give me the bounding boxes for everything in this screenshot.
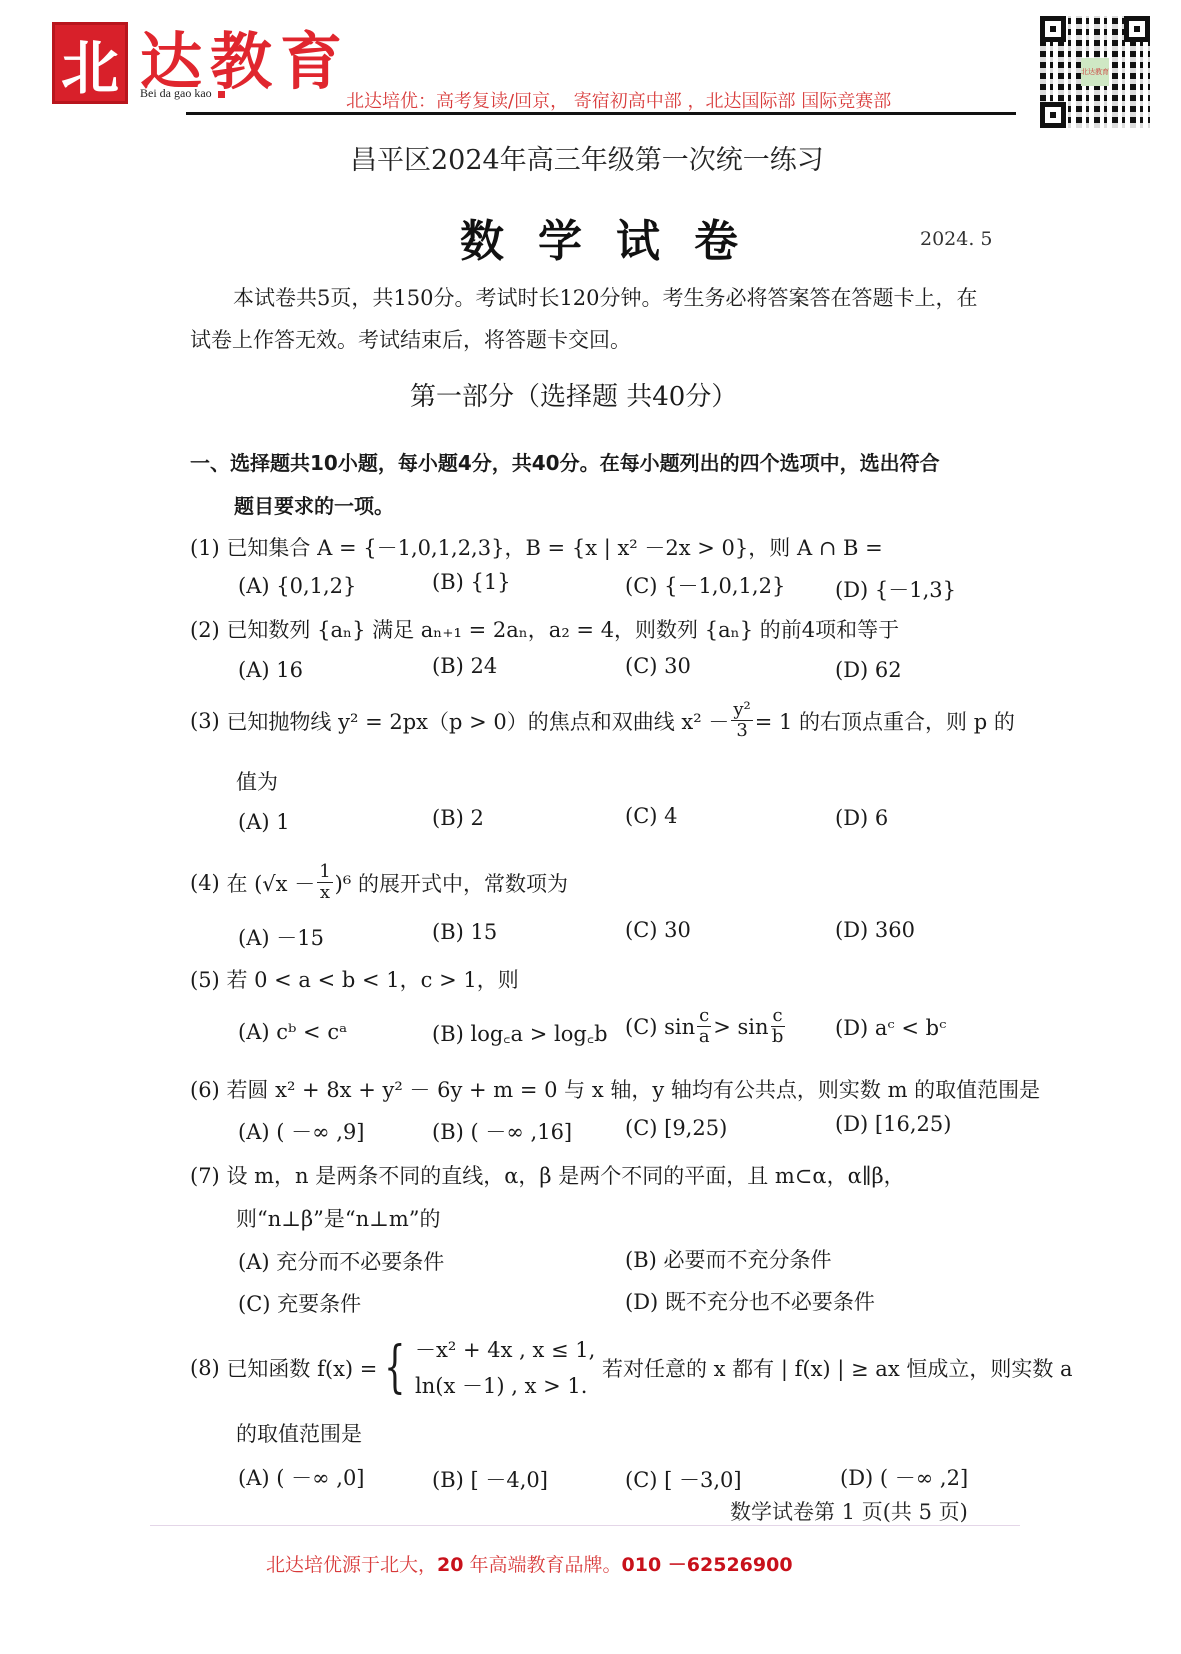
qr-finder-icon [1124, 16, 1150, 42]
question-number: (3) [190, 709, 220, 733]
question-2-option-b: (B) 24 [432, 654, 497, 678]
question-5-stem: (5) 若 0 < a < b < 1，c > 1，则 [190, 964, 519, 994]
footer-years: 20 [437, 1554, 463, 1576]
question-7-option-a: (A) 充分而不必要条件 [238, 1246, 444, 1276]
question-1-option-c: (C) {－1,0,1,2} [625, 570, 785, 600]
question-1-stem: (1) 已知集合 A = {－1,0,1,2,3}，B = {x | x² －2… [190, 532, 883, 562]
fraction: ca [697, 1006, 711, 1047]
footer-phone: 010 －62526900 [622, 1554, 793, 1576]
fraction-denominator: 3 [736, 721, 747, 741]
fraction-denominator: b [772, 1027, 784, 1047]
section-directions-line-2: 题目要求的一项。 [234, 490, 394, 519]
question-6-option-d: (D) [16,25) [835, 1112, 951, 1136]
question-2-stem: (2) 已知数列 {aₙ} 满足 aₙ₊₁ = 2aₙ，a₂ = 4，则数列 {… [190, 614, 899, 644]
question-3-option-a: (A) 1 [238, 810, 290, 834]
exam-subtitle: 昌平区2024年高三年级第一次统一练习 [350, 138, 824, 177]
fraction-numerator: 1 [317, 862, 332, 883]
question-3-stem-line-2: 值为 [236, 766, 278, 796]
question-5-option-b: (B) log꜀a > log꜀b [432, 1020, 608, 1048]
fraction: y²3 [731, 700, 752, 741]
question-7-option-b: (B) 必要而不充分条件 [625, 1244, 832, 1274]
question-3-option-b: (B) 2 [432, 806, 484, 830]
question-5-option-c: (C) sin ca > sin cb [625, 1006, 787, 1047]
exam-title: 数学试卷 [460, 205, 772, 269]
question-text: 若 0 < a < b < 1，c > 1，则 [226, 968, 518, 992]
question-7-option-c: (C) 充要条件 [238, 1288, 361, 1318]
brand-logo-subtitle: Bei da gao kao [140, 86, 225, 101]
question-3-option-c: (C) 4 [625, 804, 678, 828]
logo-dot-icon [218, 91, 225, 98]
option-label: (C) sin [625, 1015, 695, 1039]
question-4-option-c: (C) 30 [625, 918, 691, 942]
question-8-option-c: (C) [ －3,0] [625, 1464, 742, 1494]
piecewise-definition: －x² + 4x , x ≤ 1, ln(x －1) , x > 1. [415, 1332, 595, 1404]
question-7-option-d: (D) 既不充分也不必要条件 [625, 1286, 875, 1316]
question-text: 已知数列 {aₙ} 满足 aₙ₊₁ = 2aₙ，a₂ = 4，则数列 {aₙ} … [226, 618, 899, 642]
logo-subtitle-text: Bei da gao kao [140, 86, 212, 100]
question-number: (5) [190, 968, 220, 992]
question-8-stem: (8) 已知函数 f(x) = { －x² + 4x , x ≤ 1, ln(x… [190, 1332, 1073, 1404]
question-number: (7) [190, 1164, 220, 1188]
question-text-continued: 若对任意的 x 都有 | f(x) | ≥ ax 恒成立，则实数 a [602, 1353, 1073, 1383]
question-text: 在 (√x － [226, 868, 315, 898]
question-text: 已知集合 A = {－1,0,1,2,3}，B = {x | x² －2x > … [226, 536, 882, 560]
fraction-denominator: a [699, 1027, 710, 1047]
footer-text-continued: 年高端教育品牌。 [463, 1554, 621, 1576]
question-6-option-a: (A) ( －∞ ,9] [238, 1116, 365, 1146]
qr-finder-icon [1040, 16, 1066, 42]
qr-center-logo: 北达教育 [1081, 58, 1109, 86]
qr-finder-icon [1040, 102, 1066, 128]
question-number: (2) [190, 618, 220, 642]
question-1-option-b: (B) {1} [432, 570, 511, 594]
question-4-option-a: (A) －15 [238, 922, 324, 952]
question-6-option-b: (B) ( －∞ ,16] [432, 1116, 572, 1146]
question-text: 设 m，n 是两条不同的直线，α，β 是两个不同的平面，且 m⊂α，α∥β， [226, 1164, 904, 1188]
piece-2: ln(x －1) , x > 1. [415, 1368, 595, 1404]
question-2-option-a: (A) 16 [238, 658, 303, 682]
instructions-line-2: 试卷上作答无效。考试结束后，将答题卡交回。 [190, 324, 631, 354]
instructions-line-1: 本试卷共5页，共150分。考试时长120分钟。考生务必将答案答在答题卡上，在 [233, 282, 978, 312]
question-number: (4) [190, 871, 220, 895]
section-directions-line-1: 一、选择题共10小题，每小题4分，共40分。在每小题列出的四个选项中，选出符合 [190, 447, 940, 476]
page-number: 数学试卷第 1 页(共 5 页) [730, 1496, 968, 1526]
question-7-stem-line-2: 则“n⊥β”是“n⊥m”的 [236, 1203, 441, 1233]
fraction-numerator: c [697, 1006, 711, 1027]
footer-banner: 北达培优源于北大，20 年高端教育品牌。010 －62526900 [266, 1550, 793, 1577]
question-text-continued: )⁶ 的展开式中，常数项为 [335, 868, 568, 898]
question-5-option-d: (D) aᶜ < bᶜ [835, 1016, 946, 1040]
question-8-stem-line-2: 的取值范围是 [236, 1418, 362, 1448]
brand-slogan: 北达培优：高考复读/回京， 寄宿初高中部 ，北达国际部 国际竞赛部 [346, 87, 891, 113]
question-text-continued: = 1 的右顶点重合，则 p 的 [755, 706, 1015, 736]
header-divider [186, 112, 1016, 115]
question-3-option-d: (D) 6 [835, 806, 888, 830]
question-4-stem: (4) 在 (√x － 1x )⁶ 的展开式中，常数项为 [190, 862, 568, 903]
section-title: 第一部分（选择题 共40分） [410, 376, 737, 413]
question-text: 若圆 x² + 8x + y² － 6y + m = 0 与 x 轴，y 轴均有… [226, 1078, 1040, 1102]
qr-code-icon: 北达教育 [1040, 16, 1150, 128]
question-number: (1) [190, 536, 220, 560]
footer-text: 北达培优源于北大， [266, 1554, 437, 1576]
question-text: 已知抛物线 y² = 2px（p > 0）的焦点和双曲线 x² － [226, 706, 729, 736]
fraction-denominator: x [320, 883, 330, 903]
question-4-option-d: (D) 360 [835, 918, 915, 942]
question-number: (6) [190, 1078, 220, 1102]
question-2-option-d: (D) 62 [835, 658, 902, 682]
question-2-option-c: (C) 30 [625, 654, 691, 678]
fraction: 1x [317, 862, 332, 903]
question-1-option-d: (D) {－1,3} [835, 574, 956, 604]
brand-logo-mark: 北 [52, 22, 128, 104]
fraction-numerator: y² [731, 700, 752, 721]
question-3-stem: (3) 已知抛物线 y² = 2px（p > 0）的焦点和双曲线 x² － y²… [190, 700, 1015, 741]
question-number: (8) [190, 1356, 220, 1380]
question-7-stem: (7) 设 m，n 是两条不同的直线，α，β 是两个不同的平面，且 m⊂α，α∥… [190, 1160, 905, 1190]
fraction: cb [771, 1006, 785, 1047]
fraction-numerator: c [771, 1006, 785, 1027]
footer-divider [150, 1525, 1020, 1526]
option-text: > sin [713, 1015, 768, 1039]
question-5-option-a: (A) cᵇ < cᵃ [238, 1020, 347, 1044]
piece-1: －x² + 4x , x ≤ 1, [415, 1332, 595, 1368]
exam-date: 2024. 5 [920, 228, 993, 250]
left-brace-icon: { [385, 1340, 406, 1396]
question-text: 已知函数 f(x) = [226, 1353, 377, 1383]
question-6-stem: (6) 若圆 x² + 8x + y² － 6y + m = 0 与 x 轴，y… [190, 1074, 1040, 1104]
question-6-option-c: (C) [9,25) [625, 1116, 727, 1140]
question-8-option-b: (B) [ －4,0] [432, 1464, 548, 1494]
question-1-option-a: (A) {0,1,2} [238, 574, 356, 598]
question-8-option-a: (A) ( －∞ ,0] [238, 1462, 365, 1492]
question-8-option-d: (D) ( －∞ ,2] [840, 1462, 968, 1492]
question-4-option-b: (B) 15 [432, 920, 497, 944]
